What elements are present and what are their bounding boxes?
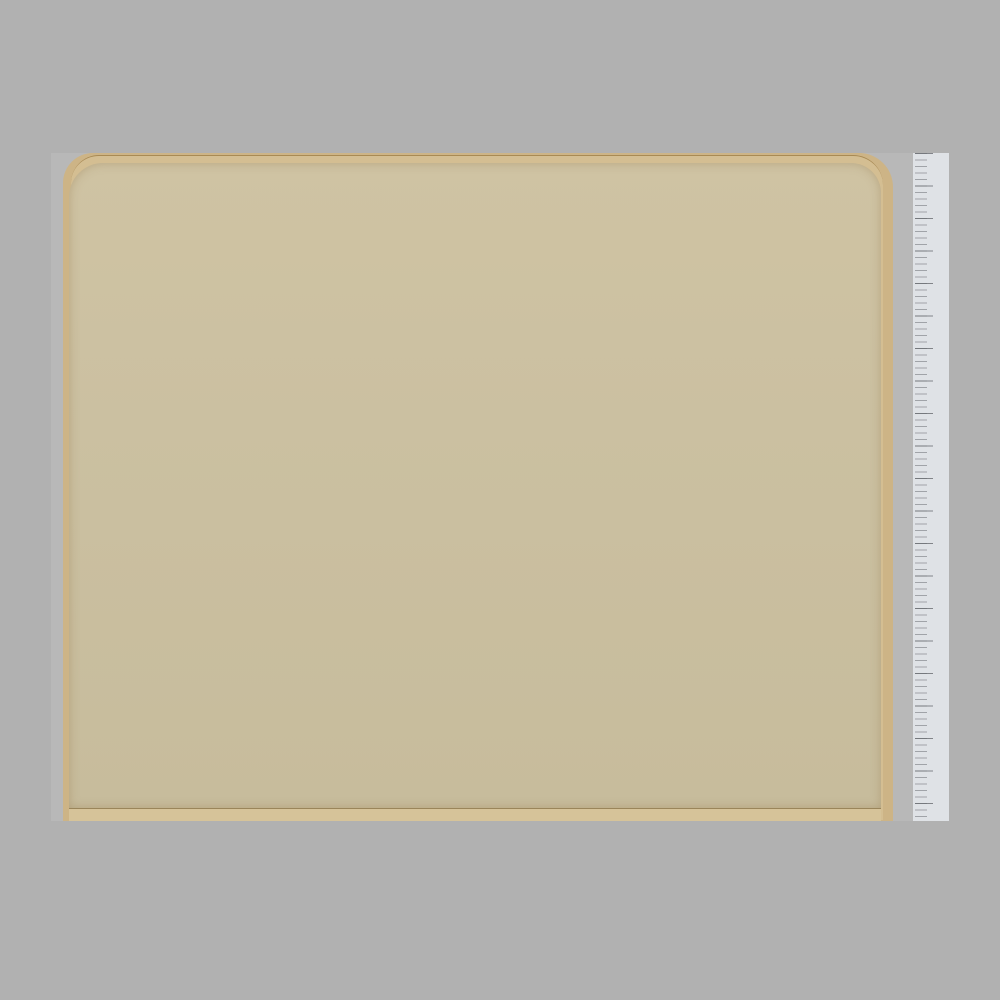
notebook-bottom-edge: [69, 808, 881, 821]
ruler-major-ticks: [915, 153, 933, 821]
notebook-page: [69, 163, 881, 808]
document-photo: [51, 153, 949, 821]
measuring-ruler: [913, 153, 949, 821]
